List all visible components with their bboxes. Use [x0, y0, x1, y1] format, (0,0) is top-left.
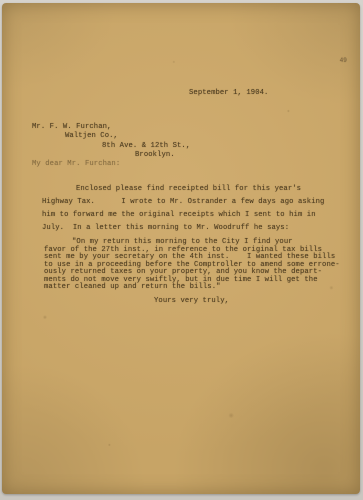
letter-date: September 1, 1904. — [189, 90, 268, 97]
scan-background: 49 September 1, 1904. Mr. F. W. Furchan,… — [0, 0, 363, 500]
letter-paper: 49 September 1, 1904. Mr. F. W. Furchan,… — [2, 3, 360, 494]
body-line: Enclosed please find receipted bill for … — [76, 186, 342, 199]
body-paragraph: Enclosed please find receipted bill for … — [42, 186, 342, 238]
quoted-paragraph: "On my return this morning to the City I… — [44, 239, 344, 292]
quote-line: matter cleaned up and return the bills." — [44, 284, 344, 292]
body-line: Highway Tax. I wrote to Mr. Ostrander a … — [42, 199, 342, 212]
salutation: My dear Mr. Furchan: — [32, 161, 120, 168]
closing-valediction: Yours very truly, — [154, 298, 229, 305]
recipient-city: Brooklyn. — [135, 152, 190, 161]
page-number: 49 — [340, 58, 347, 64]
letter-content: 49 September 1, 1904. Mr. F. W. Furchan,… — [2, 3, 360, 494]
body-line: him to forward me the original receipts … — [42, 212, 342, 225]
body-line: July. In a letter this morning to Mr. Wo… — [42, 225, 342, 238]
recipient-address-block: Mr. F. W. Furchan, Waltjen Co., 8th Ave.… — [32, 124, 190, 162]
